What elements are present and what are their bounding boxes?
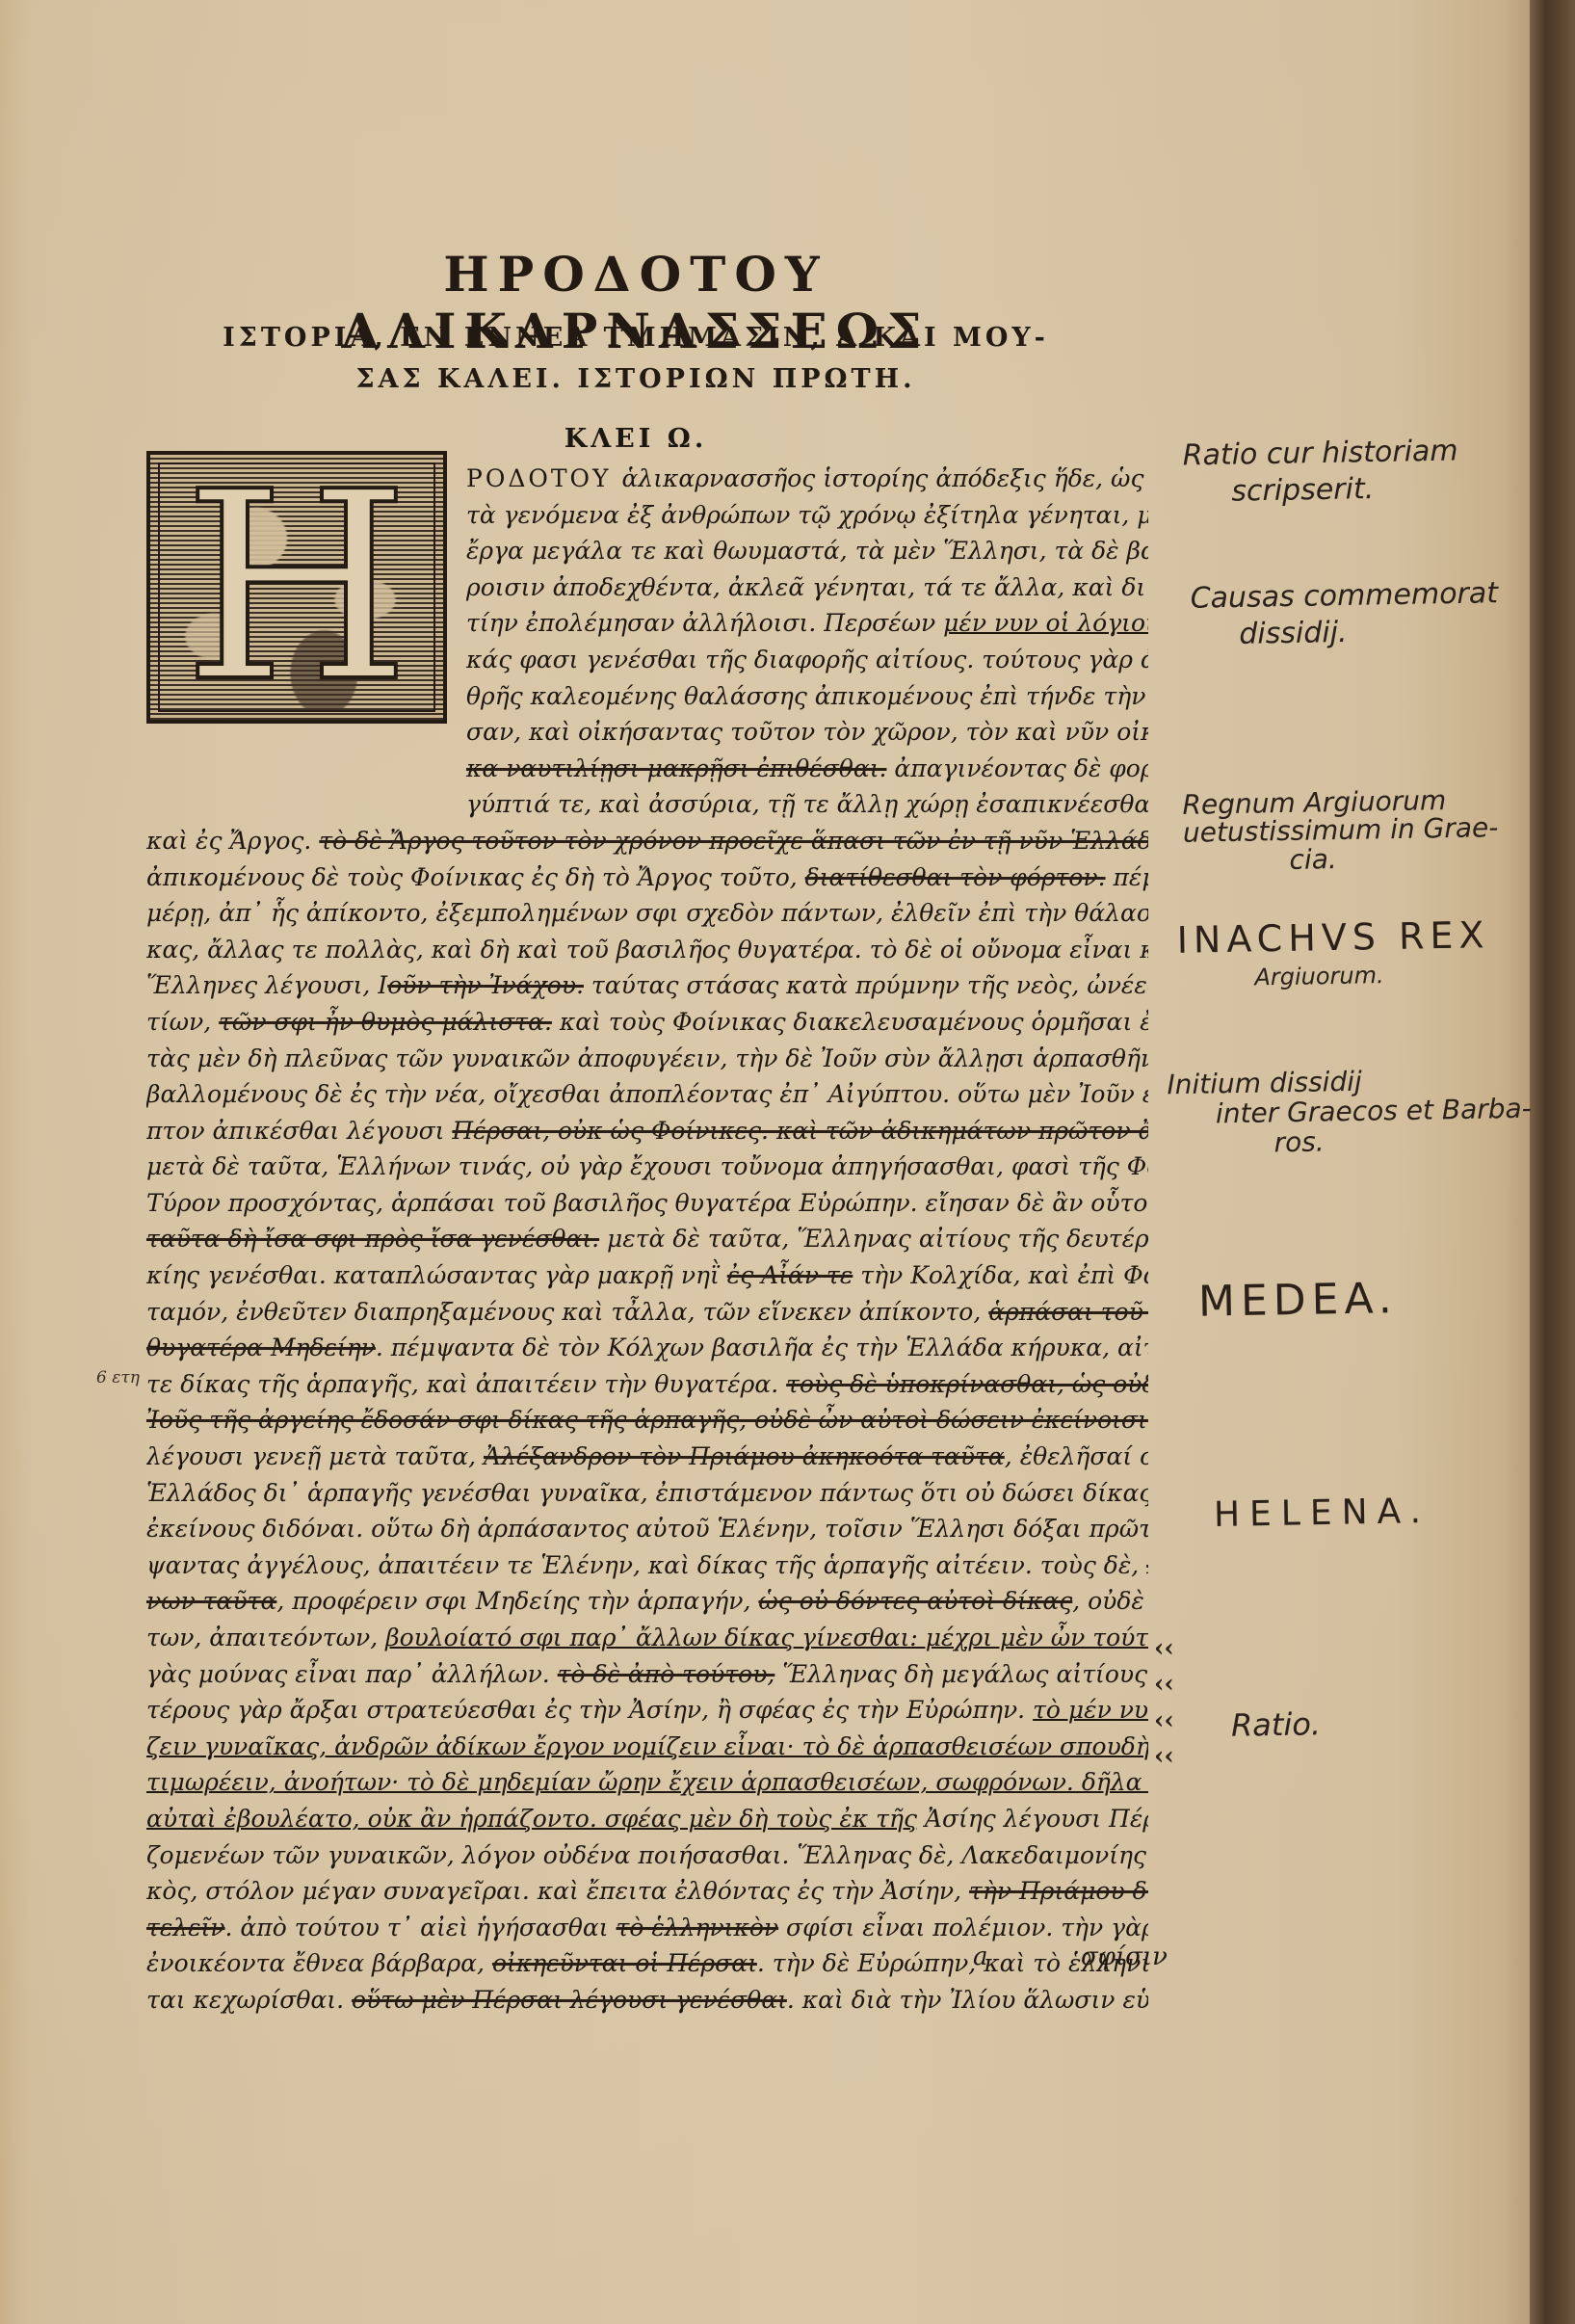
text-line: τίην ἐπολέμησαν ἀλλήλοισι. Περσέων μέν ν… — [146, 605, 1148, 642]
text-segment: τὰς μὲν δὴ πλεῦνας τῶν γυναικῶν ἀποφυγέε… — [146, 1044, 1148, 1072]
struck-through-text: οὕτω μὲν Πέρσαι λέγουσι γενέσθαι — [352, 1986, 787, 2014]
text-segment: τε δίκας τῆς ἁρπαγῆς, καὶ ἀπαιτέειν τὴν … — [146, 1370, 786, 1398]
text-segment: ταμόν, ἐνθεῦτεν διαπρηξαμένους καὶ τἆλλα… — [146, 1298, 988, 1326]
text-line: ψαντας ἀγγέλους, ἀπαιτέειν τε Ἑλένην, κα… — [146, 1547, 1148, 1584]
text-segment: ται κεχωρίσθαι. — [146, 1986, 352, 2014]
text-segment: . καὶ διὰ τὴν Ἰλίου ἅλωσιν εὑρίσκουσι — [787, 1986, 1148, 2014]
text-line: Ἑλλάδος δι᾽ ἁρπαγῆς γενέσθαι γυναῖκα, ἐπ… — [146, 1475, 1148, 1512]
text-line: τελεῖν. ἀπὸ τούτου τ᾽ αἰεὶ ἡγήσασθαι τὸ … — [146, 1910, 1148, 1946]
text-segment: σφίσι εἶναι πολέμιον. τὴν γὰρ Ἀσίην, καὶ… — [778, 1914, 1148, 1941]
subtitle-line-1: ΙΣΤΟΡΙΑ, ΕΝ ΕΝΝΕΑ ΤΜΗΜΑΣΙΝ, Α ΚΑΙ ΜΟΥ- — [154, 323, 1117, 353]
text-segment: μετὰ δὲ ταῦτα, Ἕλληνας αἰτίους τῆς δευτέ… — [599, 1225, 1148, 1253]
struck-through-text: διατίθεσθαι τὸν φόρτον. — [805, 863, 1106, 891]
underlined-text: ζειν γυναῖκας, ἀνδρῶν ἀδίκων ἔργον νομίζ… — [146, 1732, 1148, 1760]
marginal-note-causas: Causas commemorat dissidij. — [1190, 575, 1499, 653]
text-line: κίης γενέσθαι. καταπλώσαντας γὰρ μακρῇ ν… — [146, 1257, 1148, 1294]
main-text-block: ΡΟΔΟΤΟΥ ἁλικαρνασσῆος ἱστορίης ἀπόδεξις … — [146, 461, 1148, 2019]
text-segment: λέγουσι γενεῇ μετὰ ταῦτα, — [146, 1442, 484, 1470]
text-segment: καὶ ἐς Ἄργος. — [146, 827, 319, 855]
text-line: θρῆς καλεομένης θαλάσσης ἀπικομένους ἐπὶ… — [146, 678, 1148, 715]
underlined-text: τιμωρέειν, ἀνοήτων· τὸ δὲ μηδεμίαν ὤρην … — [146, 1768, 1148, 1796]
text-line: πτον ἀπικέσθαι λέγουσι Πέρσαι, οὐκ ὡς Φο… — [146, 1113, 1148, 1149]
struck-through-text: θυγατέρα Μηδείην — [146, 1334, 376, 1361]
text-segment: Ἕλληνες λέγουσι, Ι — [146, 971, 387, 999]
text-line: τέρους γὰρ ἄρξαι στρατεύεσθαι ἐς τὴν Ἀσί… — [146, 1692, 1148, 1729]
underlined-text: αὐταὶ ἐβουλέατο, οὐκ ἂν ἡρπάζοντο. σφέας… — [146, 1805, 917, 1833]
text-line: θυγατέρα Μηδείην. πέμψαντα δὲ τὸν Κόλχων… — [146, 1330, 1148, 1366]
marginal-note-inachus: INACHVS REX Argiuorum. — [1176, 912, 1490, 992]
left-margin-note: 6 ετη — [96, 1368, 140, 1387]
struck-through-text: κα ναυτιλίῃσι μακρῇσι ἐπιθέσθαι. — [466, 754, 886, 782]
struck-through-text: τὴν Πριάμου δύναμιν κα- — [969, 1877, 1148, 1905]
text-segment: κας, ἄλλας τε πολλὰς, καὶ δὴ καὶ τοῦ βασ… — [146, 936, 1148, 964]
quote-mark: ‹‹ — [1154, 1634, 1174, 1663]
text-line: αὐταὶ ἐβουλέατο, οὐκ ἂν ἡρπάζοντο. σφέας… — [146, 1801, 1148, 1837]
text-line: Ἕλληνες λέγουσι, Ιοῦν τὴν Ἰνάχου. ταύτας… — [146, 967, 1148, 1004]
text-segment: ἀπικομένους δὲ τοὺς Φοίνικας ἐς δὴ τὸ Ἄρ… — [146, 863, 805, 891]
text-segment: πτον ἀπικέσθαι λέγουσι — [146, 1117, 452, 1145]
text-segment: . πέμψαντα δὲ τὸν Κόλχων βασιλῆα ἐς τὴν … — [376, 1334, 1148, 1361]
text-line: των, ἀπαιτεόντων, βουλοίατό σφι παρ᾽ ἄλλ… — [146, 1620, 1148, 1656]
text-line: ἔργα μεγάλα τε καὶ θωυμαστά, τὰ μὲν Ἕλλη… — [146, 533, 1148, 569]
struck-through-text: οῦν τὴν Ἰνάχου. — [387, 971, 584, 999]
text-line: τε δίκας τῆς ἁρπαγῆς, καὶ ἀπαιτέειν τὴν … — [146, 1366, 1148, 1403]
text-segment: κίης γενέσθαι. καταπλώσαντας γὰρ μακρῇ ν… — [146, 1261, 727, 1289]
text-line: νων ταῦτα, προφέρειν σφι Μηδείης τὴν ἁρπ… — [146, 1583, 1148, 1620]
struck-through-text: τῶν σφι ἦν θυμὸς μάλιστα. — [219, 1008, 552, 1036]
struck-through-text: νων ταῦτα — [146, 1587, 276, 1615]
quote-mark: ‹‹ — [1154, 1670, 1174, 1699]
text-segment: ζομενέων τῶν γυναικῶν, λόγον οὐδένα ποιή… — [146, 1841, 1148, 1869]
text-segment: κάς φασι γενέσθαι τῆς διαφορῆς αἰτίους. … — [466, 646, 1148, 673]
text-line: ται κεχωρίσθαι. οὕτω μὲν Πέρσαι λέγουσι … — [146, 1982, 1148, 2019]
text-segment: ΡΟΔΟΤΟΥ — [466, 464, 622, 492]
text-line: γύπτιά τε, καὶ ἀσσύρια, τῇ τε ἄλλῃ χώρῃ … — [146, 786, 1148, 823]
text-segment: Ἀσίης λέγουσι Πέρσαι, ἁρπα- — [917, 1805, 1148, 1833]
struck-through-text: ἁρπάσαι τοῦ βασιλῆος — [988, 1298, 1148, 1326]
text-line: σαν, καὶ οἰκήσαντας τοῦτον τὸν χῶρον, τὸ… — [146, 714, 1148, 751]
text-segment: ἐκείνους διδόναι. οὕτω δὴ ἁρπάσαντος αὐτ… — [146, 1515, 1148, 1543]
text-segment: κὸς, στόλον μέγαν συναγεῖραι. καὶ ἔπειτα… — [146, 1877, 969, 1905]
text-segment: γὰς μούνας εἶναι παρ᾽ ἀλλήλων. — [146, 1660, 558, 1688]
struck-through-text: Πέρσαι, οὐκ ὡς Φοίνικες. καὶ τῶν ἀδικημά… — [452, 1117, 1148, 1145]
marginal-note-helena: HELENA. — [1214, 1490, 1431, 1537]
text-segment: γύπτιά τε, καὶ ἀσσύρια, τῇ τε ἄλλῃ χώρῃ … — [466, 790, 1148, 818]
text-line: ἐκείνους διδόναι. οὕτω δὴ ἁρπάσαντος αὐτ… — [146, 1511, 1148, 1547]
struck-through-text: προϊσχομέ- — [1146, 1551, 1148, 1579]
underlined-text: μέν νυν οἱ λόγιοι, Φοίνι- — [943, 609, 1148, 637]
struck-through-text: τελεῖν — [146, 1914, 225, 1941]
text-segment: πέμπτῃ δὲ, ἢ ἕκτῃ ἡ- — [1106, 863, 1148, 891]
catchword: σφίσιν — [1081, 1942, 1168, 1971]
quote-mark: ‹‹ — [1154, 1706, 1174, 1735]
text-line: τὰς μὲν δὴ πλεῦνας τῶν γυναικῶν ἀποφυγέε… — [146, 1041, 1148, 1077]
text-line: κας, ἄλλας τε πολλὰς, καὶ δὴ καὶ τοῦ βασ… — [146, 932, 1148, 968]
struck-through-text: τὸ ἑλληνικὸν — [617, 1914, 779, 1941]
text-line: κὸς, στόλον μέγαν συναγεῖραι. καὶ ἔπειτα… — [146, 1873, 1148, 1910]
text-segment: τίην ἐπολέμησαν ἀλλήλοισι. Περσέων — [466, 609, 943, 637]
text-line: γὰς μούνας εἶναι παρ᾽ ἀλλήλων. τὸ δὲ ἀπὸ… — [146, 1656, 1148, 1693]
text-segment: ψαντας ἀγγέλους, ἀπαιτέειν τε Ἑλένην, κα… — [146, 1551, 1146, 1579]
text-segment: ἐνοικέοντα ἔθνεα βάρβαρα, — [146, 1949, 492, 1977]
signature-mark: a — [973, 1942, 988, 1971]
book-spine-edge — [1530, 0, 1575, 2324]
text-line: κα ναυτιλίῃσι μακρῇσι ἐπιθέσθαι. ἀπαγινέ… — [146, 751, 1148, 787]
marginal-note-regnum: Regnum Argiuorum uetustissimum in Grae- … — [1182, 785, 1499, 876]
text-segment: Ἑλλάδος δι᾽ ἁρπαγῆς γενέσθαι γυναῖκα, ἐπ… — [146, 1479, 1148, 1507]
text-segment: ἀπαγινέοντας δὲ φορτία αἰ- — [886, 754, 1148, 782]
text-segment: ἁλικαρνασσῆος ἱστορίης ἀπόδεξις ἥδε, ὡς … — [622, 464, 1149, 492]
text-segment: των, ἀπαιτεόντων, — [146, 1624, 385, 1651]
text-line: λέγουσι γενεῇ μετὰ ταῦτα, Ἀλέξανδρον τὸν… — [146, 1439, 1148, 1475]
subtitle-line-2: ΣΑΣ ΚΑΛΕΙ. ΙΣΤΟΡΙΩΝ ΠΡΩΤΗ. — [154, 364, 1117, 394]
text-line: ζειν γυναῖκας, ἀνδρῶν ἀδίκων ἔργον νομίζ… — [146, 1729, 1148, 1765]
marginal-note-ratio-cur: Ratio cur historiam scripserit. — [1182, 434, 1458, 511]
struck-through-text: ἐς Αἶάν τε — [727, 1261, 853, 1289]
struck-through-text: τοὺς δὲ ὑποκρίνασθαι, ὡς οὐδὲ ἐκεῖνοι — [786, 1370, 1148, 1398]
struck-through-text: ταῦτα δὴ ἴσα σφι πρὸς ἴσα γενέσθαι. — [146, 1225, 599, 1253]
text-segment: θρῆς καλεομένης θαλάσσης ἀπικομένους ἐπὶ… — [466, 682, 1148, 710]
text-segment: . ἀπὸ τούτου τ᾽ αἰεὶ ἡγήσασθαι — [225, 1914, 617, 1941]
text-line: καὶ ἐς Ἄργος. τὸ δὲ Ἄργος τοῦτον τὸν χρό… — [146, 823, 1148, 859]
struck-through-text: τὸ δὲ ἀπὸ τούτου, — [558, 1660, 775, 1688]
struck-through-text: ὡς οὐ δόντες αὐτοὶ δίκας — [758, 1587, 1072, 1615]
text-segment: , προφέρειν σφι Μηδείης τὴν ἁρπαγήν, — [276, 1587, 758, 1615]
text-line: μετὰ δὲ ταῦτα, Ἑλλήνων τινάς, οὐ γὰρ ἔχο… — [146, 1149, 1148, 1185]
text-segment: , ἐθελῆσαί οἱ ἐκ τῆς — [1005, 1442, 1148, 1470]
text-segment: ἔργα μεγάλα τε καὶ θωυμαστά, τὰ μὲν Ἕλλη… — [466, 537, 1148, 565]
underlined-text: βουλοίατό σφι παρ᾽ ἄλλων δίκας γίνεσθαι:… — [385, 1624, 1148, 1651]
text-line: ἀπικομένους δὲ τοὺς Φοίνικας ἐς δὴ τὸ Ἄρ… — [146, 859, 1148, 896]
text-segment: τὰ γενόμενα ἐξ ἀνθρώπων τῷ χρόνῳ ἐξίτηλα… — [466, 501, 1148, 529]
struck-through-text: οἰκηεῦνται οἱ Πέρσαι — [492, 1949, 757, 1977]
marginal-note-ratio: Ratio. — [1231, 1704, 1322, 1745]
text-segment: βαλλομένους δὲ ἐς τὴν νέα, οἴχεσθαι ἀποπ… — [146, 1080, 1148, 1108]
text-segment: μέρῃ, ἀπ᾽ ἧς ἀπίκοντο, ἐξεμπολημένων σφι… — [146, 899, 1148, 927]
text-line: Τύρον προσχόντας, ἁρπάσαι τοῦ βασιλῆος θ… — [146, 1185, 1148, 1222]
text-line: βαλλομένους δὲ ἐς τὴν νέα, οἴχεσθαι ἀποπ… — [146, 1076, 1148, 1113]
text-line: ζομενέων τῶν γυναικῶν, λόγον οὐδένα ποιή… — [146, 1837, 1148, 1874]
text-segment: σαν, καὶ οἰκήσαντας τοῦτον τὸν χῶρον, τὸ… — [466, 718, 1148, 746]
text-segment: Τύρον προσχόντας, ἁρπάσαι τοῦ βασιλῆος θ… — [146, 1189, 1148, 1217]
text-line: κάς φασι γενέσθαι τῆς διαφορῆς αἰτίους. … — [146, 642, 1148, 678]
quote-mark: ‹‹ — [1154, 1742, 1174, 1771]
text-line: ταμόν, ἐνθεῦτεν διαπρηξαμένους καὶ τἆλλα… — [146, 1294, 1148, 1331]
text-segment: μετὰ δὲ ταῦτα, Ἑλλήνων τινάς, οὐ γὰρ ἔχο… — [146, 1152, 1148, 1180]
text-line: ταῦτα δὴ ἴσα σφι πρὸς ἴσα γενέσθαι. μετὰ… — [146, 1221, 1148, 1257]
text-line: Ἰοῦς τῆς ἀργείης ἔδοσάν σφι δίκας τῆς ἁρ… — [146, 1402, 1148, 1439]
text-line: ἐνοικέοντα ἔθνεα βάρβαρα, οἰκηεῦνται οἱ … — [146, 1945, 1148, 1982]
text-line: τὰ γενόμενα ἐξ ἀνθρώπων τῷ χρόνῳ ἐξίτηλα… — [146, 497, 1148, 534]
text-line: τίων, τῶν σφι ἦν θυμὸς μάλιστα. καὶ τοὺς… — [146, 1004, 1148, 1041]
struck-through-text: Ἀλέξανδρον τὸν Πριάμου ἀκηκοότα ταῦτα — [484, 1442, 1005, 1470]
text-line: ροισιν ἀποδεχθέντα, ἀκλεᾶ γένηται, τά τε… — [146, 569, 1148, 606]
text-segment: , οὐδὲ ἐκδόν- — [1072, 1587, 1148, 1615]
text-segment: τὴν Κολχίδα, καὶ ἐπὶ Φᾶσιν πο- — [853, 1261, 1148, 1289]
text-segment: τέρους γὰρ ἄρξαι στρατεύεσθαι ἐς τὴν Ἀσί… — [146, 1696, 1033, 1724]
struck-through-text: τὸ δὲ Ἄργος τοῦτον τὸν χρόνον προεῖχε ἅπ… — [319, 827, 1148, 855]
text-line: μέρῃ, ἀπ᾽ ἧς ἀπίκοντο, ἐξεμπολημένων σφι… — [146, 895, 1148, 932]
text-segment: Ἕλληνας δὴ μεγάλως αἰτίους γενέσθαι. προ… — [774, 1660, 1148, 1688]
underlined-text: τὸ μέν νυν ἁρπά- — [1033, 1696, 1148, 1724]
struck-through-text: Ἰοῦς τῆς ἀργείης ἔδοσάν σφι δίκας τῆς ἁρ… — [146, 1406, 1148, 1434]
text-line: τιμωρέειν, ἀνοήτων· τὸ δὲ μηδεμίαν ὤρην … — [146, 1764, 1148, 1801]
text-line: ΡΟΔΟΤΟΥ ἁλικαρνασσῆος ἱστορίης ἀπόδεξις … — [146, 461, 1148, 497]
text-segment: τίων, — [146, 1008, 219, 1036]
text-segment: ταύτας στάσας κατὰ πρύμνην τῆς νεὸς, ὠνέ… — [584, 971, 1148, 999]
marginal-note-medea: MEDEA. — [1198, 1272, 1399, 1329]
text-segment: ροισιν ἀποδεχθέντα, ἀκλεᾶ γένηται, τά τε… — [466, 573, 1148, 601]
text-segment: καὶ τοὺς Φοίνικας διακελευσαμένους ὁρμῆσ… — [552, 1008, 1148, 1036]
marginal-note-initium: Initium dissidij inter Graecos et Barba-… — [1167, 1065, 1532, 1160]
